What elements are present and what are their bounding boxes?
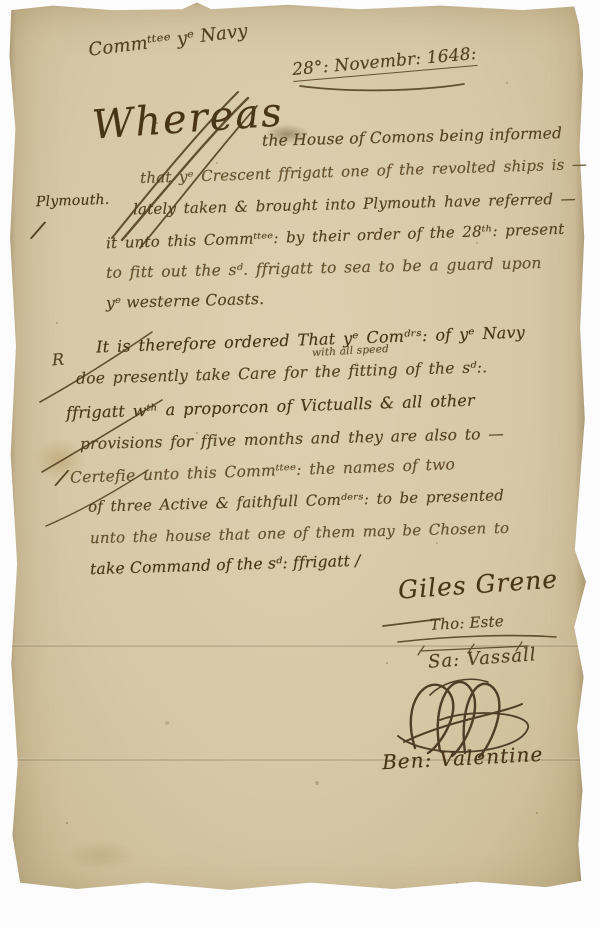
manuscript-photo: Commᵗᵗᵉᵉ yᵉ Navy 28°: Novembr: 1648: Whe… [0,0,600,927]
paper-edge-shading-bottom [6,896,593,908]
paper-edge-shading-right [575,2,593,908]
paper-edge-shading-left [6,2,16,908]
margin-note-plymouth: Plymouth. [36,192,110,211]
margin-letter-mark: R [51,350,65,370]
signature-paraph: Tho: Este [430,612,505,634]
paper-stain-bottom [66,840,136,870]
